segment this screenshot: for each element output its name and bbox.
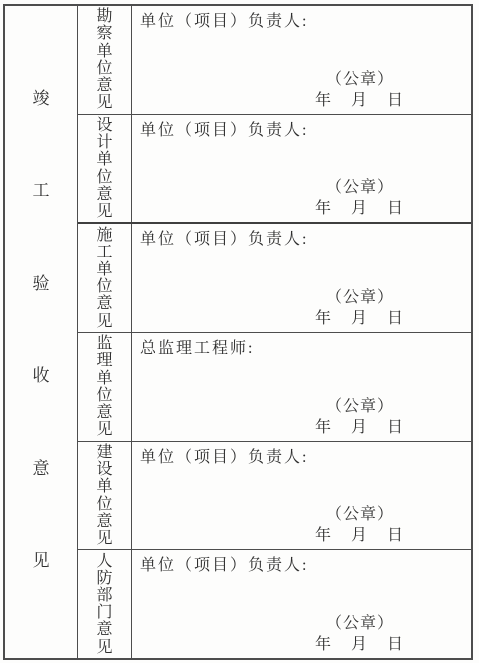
date-line: 年 月 日: [315, 525, 405, 546]
official-seal-label: （公章）: [315, 397, 405, 417]
official-seal-label: （公章）: [315, 70, 405, 90]
row-label: 人防部门意见: [96, 553, 114, 656]
signature-cell: 单位（项目）负责人: （公章） 年 月 日: [132, 550, 471, 658]
seal-date-block: （公章） 年 月 日: [315, 505, 405, 546]
official-seal-label: （公章）: [315, 178, 405, 198]
row-label-cell: 监理单位意见: [78, 333, 132, 441]
official-seal-label: （公章）: [315, 288, 405, 308]
seal-date-block: （公章） 年 月 日: [315, 614, 405, 655]
responsible-person-label: 单位（项目）负责人:: [140, 229, 463, 250]
date-line: 年 月 日: [315, 417, 405, 438]
row-label: 施工单位意见: [96, 227, 114, 330]
seal-date-block: （公章） 年 月 日: [315, 70, 405, 111]
date-line: 年 月 日: [315, 308, 405, 329]
opinion-row-construction-unit: 施工单位意见 单位（项目）负责人: （公章） 年 月 日: [78, 222, 471, 332]
signature-cell: 单位（项目）负责人: （公章） 年 月 日: [132, 6, 471, 114]
opinion-row-civil-defense-dept: 人防部门意见 单位（项目）负责人: （公章） 年 月 日: [78, 549, 471, 658]
opinion-row-developer-unit: 建设单位意见 单位（项目）负责人: （公章） 年 月 日: [78, 441, 471, 550]
seal-date-block: （公章） 年 月 日: [315, 178, 405, 219]
opinion-row-survey-unit: 勘察单位意见 单位（项目）负责人: （公章） 年 月 日: [78, 6, 471, 114]
opinion-row-design-unit: 设计单位意见 单位（项目）负责人: （公章） 年 月 日: [78, 114, 471, 223]
official-seal-label: （公章）: [315, 505, 405, 525]
responsible-person-label: 单位（项目）负责人:: [140, 120, 463, 141]
row-label: 设计单位意见: [96, 117, 114, 220]
section-title-vertical: 竣 工 验 收 意 见: [5, 6, 78, 658]
signature-cell: 单位（项目）负责人: （公章） 年 月 日: [132, 115, 471, 223]
section-title-char: 收: [33, 367, 50, 385]
signature-cell: 总监理工程师: （公章） 年 月 日: [132, 333, 471, 441]
row-label-cell: 人防部门意见: [78, 550, 132, 658]
date-line: 年 月 日: [315, 198, 405, 219]
row-label: 监理单位意见: [96, 335, 114, 438]
date-line: 年 月 日: [315, 634, 405, 655]
seal-date-block: （公章） 年 月 日: [315, 288, 405, 329]
opinion-row-supervision-unit: 监理单位意见 总监理工程师: （公章） 年 月 日: [78, 332, 471, 441]
seal-date-block: （公章） 年 月 日: [315, 397, 405, 438]
responsible-person-label: 单位（项目）负责人:: [140, 555, 463, 576]
opinion-rows: 勘察单位意见 单位（项目）负责人: （公章） 年 月 日 设计单位意见 单位（项…: [78, 6, 471, 658]
completion-acceptance-table: 竣 工 验 收 意 见 勘察单位意见 单位（项目）负责人: （公章） 年 月 日: [3, 4, 473, 660]
row-label-cell: 施工单位意见: [78, 224, 132, 332]
section-title-char: 验: [33, 275, 50, 293]
row-label-cell: 勘察单位意见: [78, 6, 132, 114]
row-label: 勘察单位意见: [96, 8, 114, 111]
responsible-person-label: 单位（项目）负责人:: [140, 11, 463, 32]
date-line: 年 月 日: [315, 90, 405, 111]
row-label-cell: 设计单位意见: [78, 115, 132, 223]
official-seal-label: （公章）: [315, 614, 405, 634]
scanned-form-page: 竣 工 验 收 意 见 勘察单位意见 单位（项目）负责人: （公章） 年 月 日: [0, 0, 479, 663]
signature-cell: 单位（项目）负责人: （公章） 年 月 日: [132, 224, 471, 332]
section-title-char: 意: [33, 460, 50, 478]
responsible-person-label: 单位（项目）负责人:: [140, 447, 463, 468]
row-label: 建设单位意见: [96, 444, 114, 547]
section-title-char: 竣: [33, 90, 50, 108]
chief-engineer-label: 总监理工程师:: [140, 338, 463, 359]
section-title-char: 工: [33, 182, 50, 200]
section-title-char: 见: [33, 552, 50, 570]
signature-cell: 单位（项目）负责人: （公章） 年 月 日: [132, 442, 471, 550]
row-label-cell: 建设单位意见: [78, 442, 132, 550]
